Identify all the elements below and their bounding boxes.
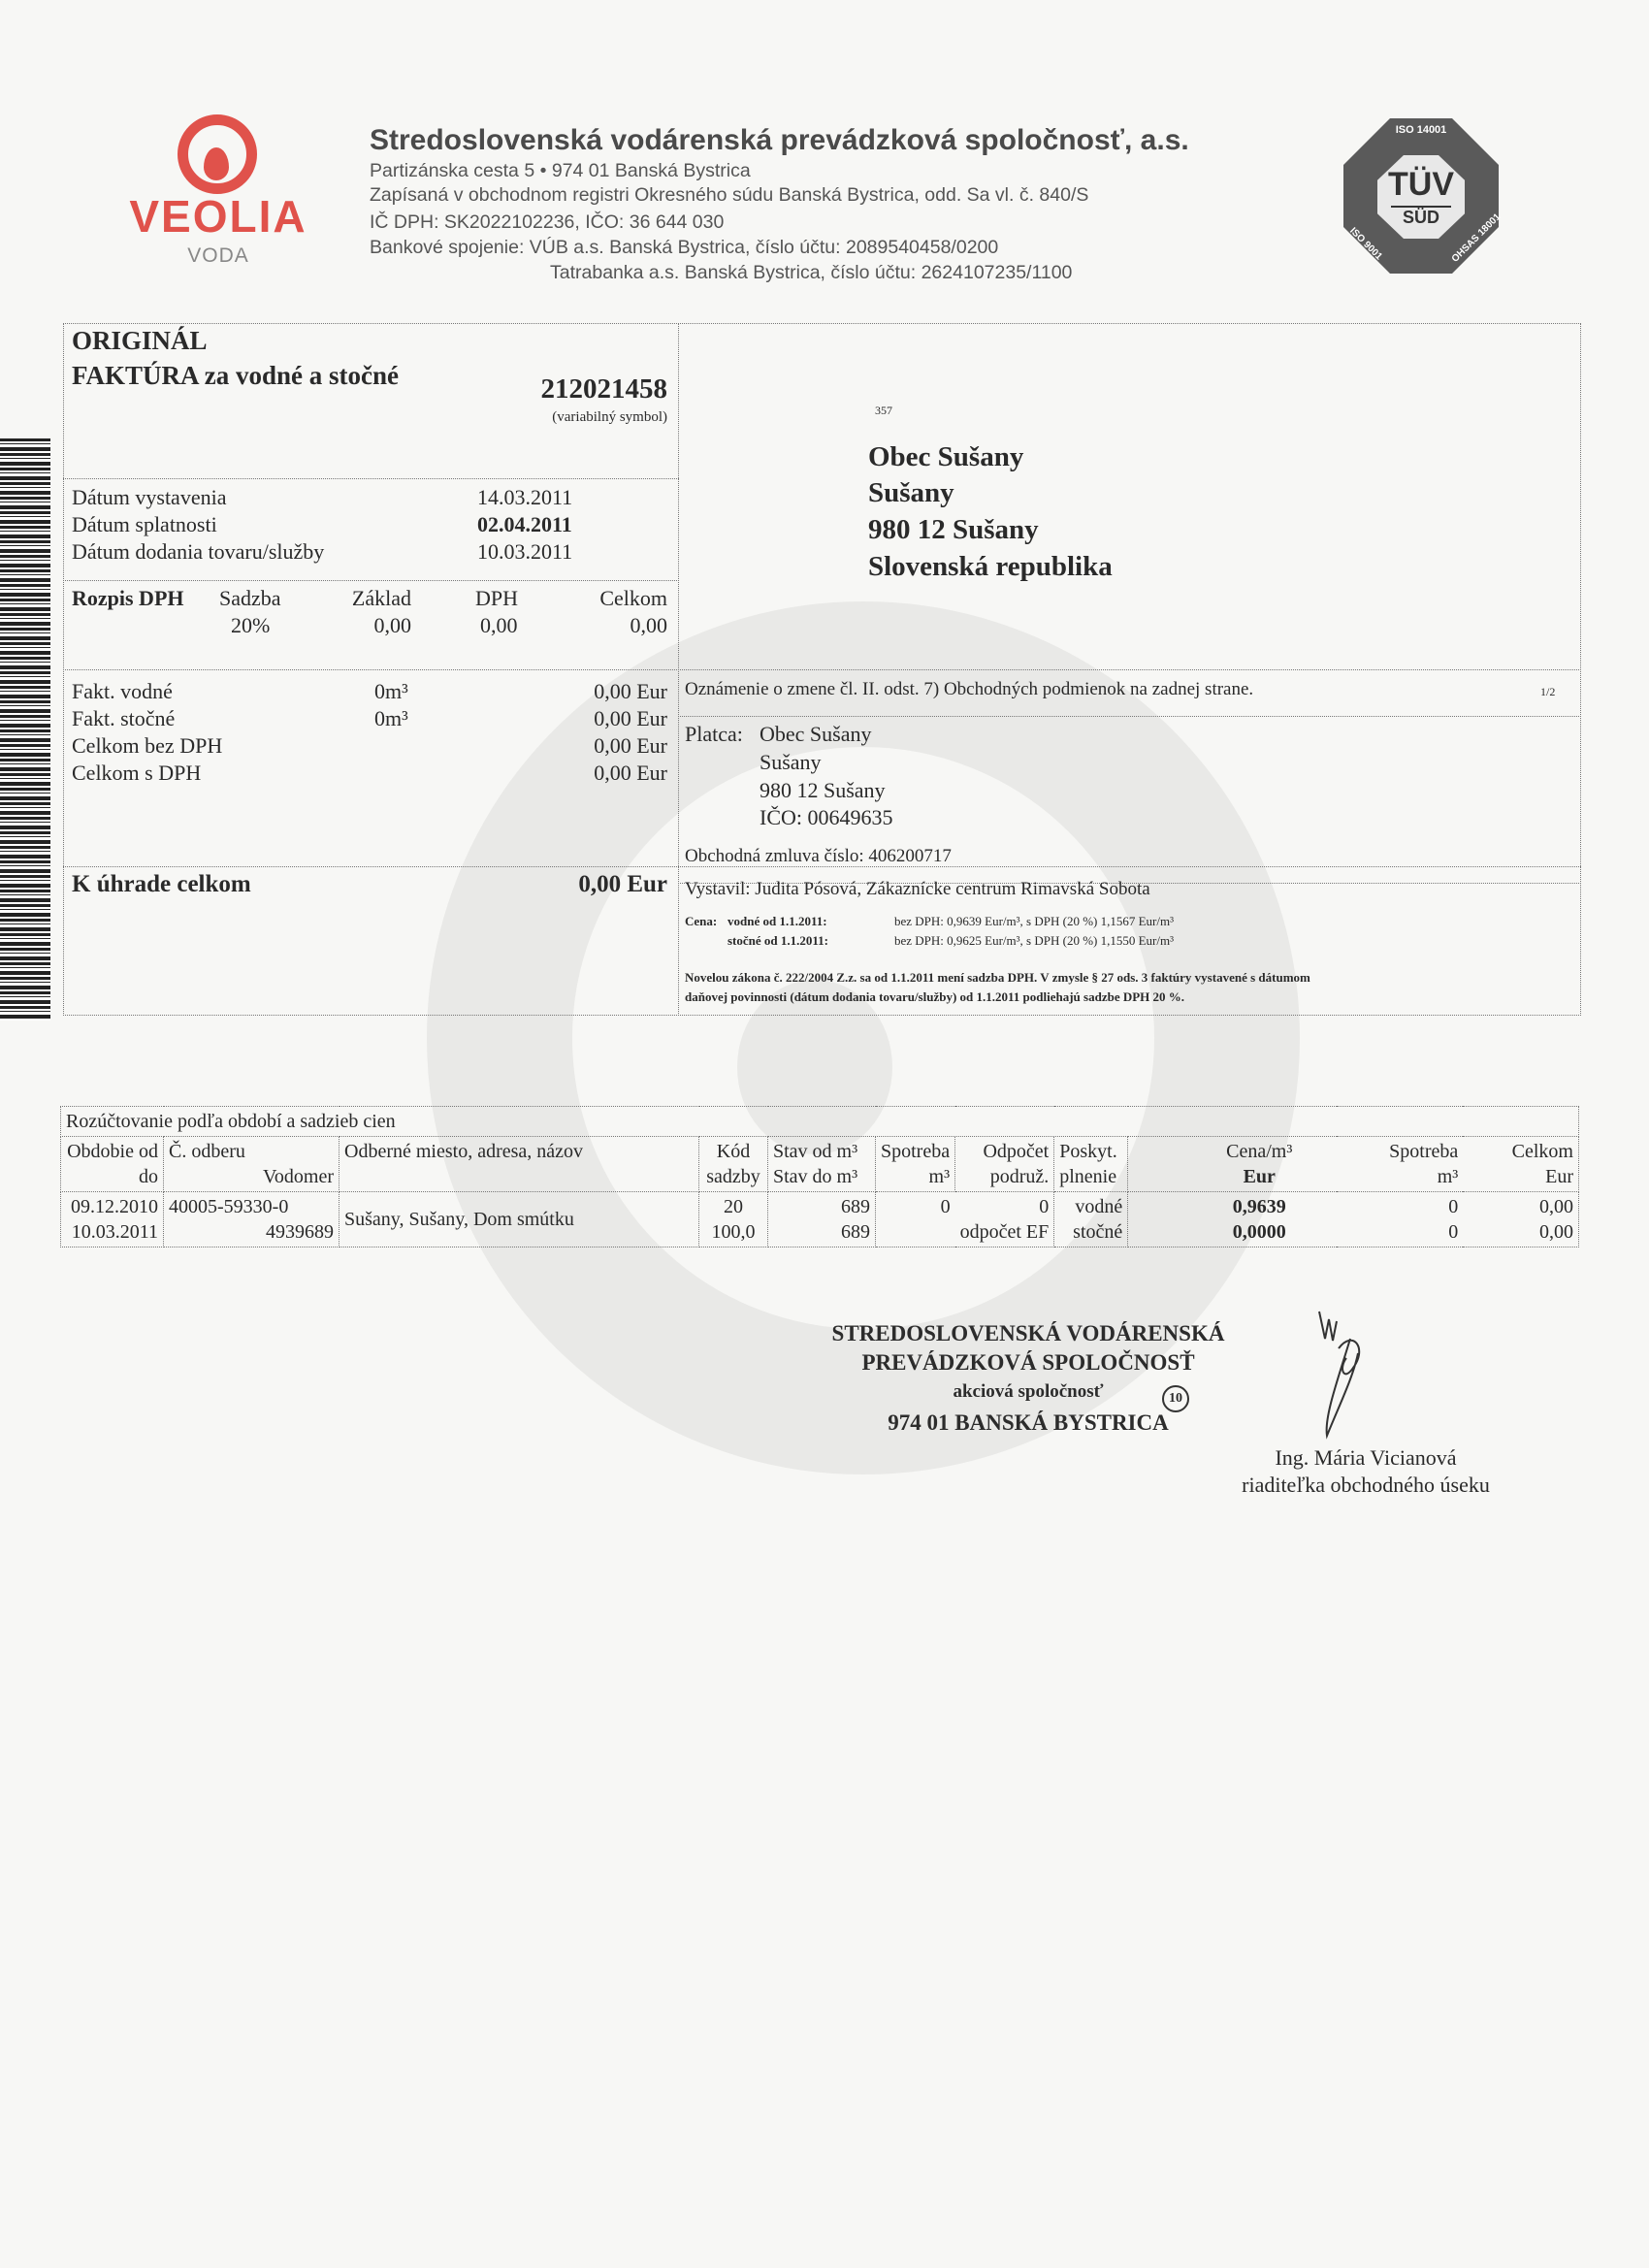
divider [678, 716, 1581, 717]
item-water-label: Fakt. vodné [72, 679, 173, 704]
invoice-number-label: (variabilný symbol) [552, 409, 667, 426]
item-sewage-qty: 0m³ [374, 706, 408, 731]
service-water: vodné [1059, 1194, 1122, 1219]
deduction: 0 [960, 1194, 1050, 1219]
logo-text: VEOLIA [126, 190, 310, 243]
date-issued-label: Dátum vystavenia [72, 485, 226, 510]
payer-ico: IČO: 00649635 [760, 805, 893, 830]
vat-rate: 20% [231, 613, 270, 638]
divider [63, 478, 679, 479]
date-due-label: Dátum splatnosti [72, 512, 217, 537]
header-consumption2: Spotreba [1342, 1139, 1458, 1164]
company-bank-1: Bankové spojenie: VÚB a.s. Banská Bystri… [370, 237, 998, 259]
vat-header-rate: Sadzba [219, 586, 281, 611]
price-sewage-text: bez DPH: 0,9625 Eur/m³, s DPH (20 %) 1,1… [894, 933, 1174, 949]
vat-amount: 0,00 [480, 613, 518, 638]
payer-label: Platca: [685, 722, 743, 747]
price-label: Cena: [685, 914, 717, 929]
logo-subtitle: VODA [126, 244, 310, 268]
signatory-name: Ing. Mária Vicianová [1206, 1445, 1526, 1471]
table-title: Rozúčtovanie podľa období a sadzieb cien [61, 1107, 1579, 1137]
service-sewage: stočné [1059, 1219, 1122, 1245]
company-registry: Zapísaná v obchodnom registri Okresného … [370, 184, 1088, 207]
vat-total: 0,00 [630, 613, 668, 638]
date-due-value: 02.04.2011 [477, 512, 572, 537]
item-water-qty: 0m³ [374, 679, 408, 704]
badge-sud: SÜD [1391, 206, 1451, 228]
stamp-line-2: PREVÁDZKOVÁ SPOLOČNOSŤ [815, 1350, 1242, 1376]
item-net-amount: 0,00 Eur [594, 733, 667, 759]
state-from: 689 [773, 1194, 870, 1219]
stamp-line-4: 974 01 BANSKÁ BYSTRICA [815, 1410, 1242, 1436]
recipient-code: 357 [875, 404, 892, 418]
date-delivery-value: 10.03.2011 [477, 539, 572, 565]
vat-header-total: Celkom [599, 586, 667, 611]
recipient-line-1: Obec Sušany [868, 441, 1023, 473]
notice-text: Oznámenie o zmene čl. II. odst. 7) Obcho… [685, 679, 1253, 700]
header-consumption2-unit: m³ [1342, 1164, 1458, 1189]
divider [63, 669, 1581, 670]
vat-header-vat: DPH [475, 586, 518, 611]
vat-base: 0,00 [374, 613, 412, 638]
company-bank-2: Tatrabanka a.s. Banská Bystrica, číslo ú… [550, 262, 1072, 284]
law-note-1: Novelou zákona č. 222/2004 Z.z. sa od 1.… [685, 970, 1310, 986]
header-code: Kód [704, 1139, 762, 1164]
barcode [0, 438, 50, 1021]
stamp-line-1: STREDOSLOVENSKÁ VODÁRENSKÁ [815, 1321, 1242, 1346]
signature-icon [1300, 1300, 1387, 1445]
law-note-2: daňovej povinnosti (dátum dodania tovaru… [685, 989, 1184, 1005]
header-deduction-2: podruž. [960, 1164, 1049, 1189]
table-row: 09.12.201010.03.2011 40005-59330-0493968… [61, 1192, 1579, 1247]
contract-number: Obchodná zmluva číslo: 406200717 [685, 846, 952, 867]
divider [63, 580, 679, 581]
meter-id: 40005-59330-0 [169, 1194, 334, 1219]
table-title-row: Rozúčtovanie podľa období a sadzieb cien [61, 1107, 1579, 1137]
badge-tuv: TÜV [1377, 167, 1465, 202]
code-2: 100,0 [704, 1219, 762, 1245]
company-tax-ids: IČ DPH: SK2022102236, IČO: 36 644 030 [370, 211, 724, 234]
date-delivery-label: Dátum dodania tovaru/služby [72, 539, 324, 565]
page-number: 1/2 [1540, 685, 1555, 699]
deduction-ef: odpočet EF [960, 1219, 1050, 1245]
period-from: 09.12.2010 [66, 1194, 158, 1219]
invoice-title: FAKTÚRA za vodné a stočné [72, 361, 399, 391]
header-state-from: Stav od m³ [773, 1139, 870, 1164]
header-price: Cena/m³ [1186, 1139, 1332, 1164]
total-water: 0,00 [1468, 1194, 1573, 1219]
veolia-drop-icon [204, 147, 229, 180]
header-period-to: do [66, 1164, 158, 1189]
item-water-amount: 0,00 Eur [594, 679, 667, 704]
vat-title: Rozpis DPH [72, 586, 184, 611]
price-sewage: 0,0000 [1186, 1219, 1332, 1245]
price-water: 0,9639 [1186, 1194, 1332, 1219]
consumption: 0 [881, 1194, 951, 1219]
place: Sušany, Sušany, Dom smútku [339, 1192, 699, 1247]
header-state-to: Stav do m³ [773, 1164, 870, 1189]
invoice-number: 212021458 [541, 373, 668, 405]
header-total-unit: Eur [1468, 1164, 1573, 1189]
header-consumption: Spotreba [881, 1139, 950, 1164]
payer-line-3: 980 12 Sušany [760, 778, 886, 803]
date-issued-value: 14.03.2011 [477, 485, 572, 510]
header-consumption-unit: m³ [881, 1164, 950, 1189]
period-to: 10.03.2011 [66, 1219, 158, 1245]
header-deduction: Odpočet [960, 1139, 1049, 1164]
vat-header-base: Základ [352, 586, 411, 611]
issuer: Vystavil: Judita Pósová, Zákaznícke cent… [685, 879, 1150, 900]
item-gross-amount: 0,00 Eur [594, 761, 667, 786]
header-total: Celkom [1468, 1139, 1573, 1164]
consumption-water: 0 [1342, 1194, 1458, 1219]
table-header-row: Obdobie oddo Č. odberuVodomer Odberné mi… [61, 1137, 1579, 1192]
header-period-from: Obdobie od [66, 1139, 158, 1164]
meter-number: 4939689 [169, 1219, 334, 1245]
total-value: 0,00 Eur [578, 871, 667, 898]
code-1: 20 [704, 1194, 762, 1219]
recipient-line-3: 980 12 Sušany [868, 514, 1039, 546]
badge-iso14001: ISO 14001 [1343, 124, 1499, 136]
breakdown-table: Rozúčtovanie podľa období a sadzieb cien… [60, 1106, 1579, 1247]
consumption-sewage: 0 [1342, 1219, 1458, 1245]
price-water-name: vodné od 1.1.2011: [727, 914, 827, 929]
item-net-label: Celkom bez DPH [72, 733, 222, 759]
header-place: Odberné miesto, adresa, názov [344, 1139, 694, 1164]
header-meter: Vodomer [169, 1164, 334, 1189]
recipient-line-4: Slovenská republika [868, 551, 1113, 583]
stamp-number: 10 [1162, 1385, 1189, 1412]
payer-line-2: Sušany [760, 750, 822, 775]
price-sewage-name: stočné od 1.1.2011: [727, 933, 828, 949]
state-to: 689 [773, 1219, 870, 1245]
payer-line-1: Obec Sušany [760, 722, 871, 747]
original-label: ORIGINÁL [72, 326, 208, 356]
company-name: Stredoslovenská vodárenská prevádzková s… [370, 124, 1189, 157]
header-code-2: sadzby [704, 1164, 762, 1189]
item-sewage-amount: 0,00 Eur [594, 706, 667, 731]
company-address: Partizánska cesta 5 • 974 01 Banská Byst… [370, 160, 751, 182]
recipient-line-2: Sušany [868, 477, 954, 509]
header-service-2: plnenie [1059, 1164, 1122, 1189]
signatory-role: riaditeľka obchodného úseku [1206, 1473, 1526, 1498]
header-price-unit: Eur [1186, 1164, 1332, 1189]
total-sewage: 0,00 [1468, 1219, 1573, 1245]
price-water-text: bez DPH: 0,9639 Eur/m³, s DPH (20 %) 1,1… [894, 914, 1174, 929]
total-label: K úhrade celkom [72, 871, 251, 898]
header-meter-id: Č. odberu [169, 1139, 334, 1164]
item-sewage-label: Fakt. stočné [72, 706, 175, 731]
header-service: Poskyt. [1059, 1139, 1122, 1164]
item-gross-label: Celkom s DPH [72, 761, 201, 786]
